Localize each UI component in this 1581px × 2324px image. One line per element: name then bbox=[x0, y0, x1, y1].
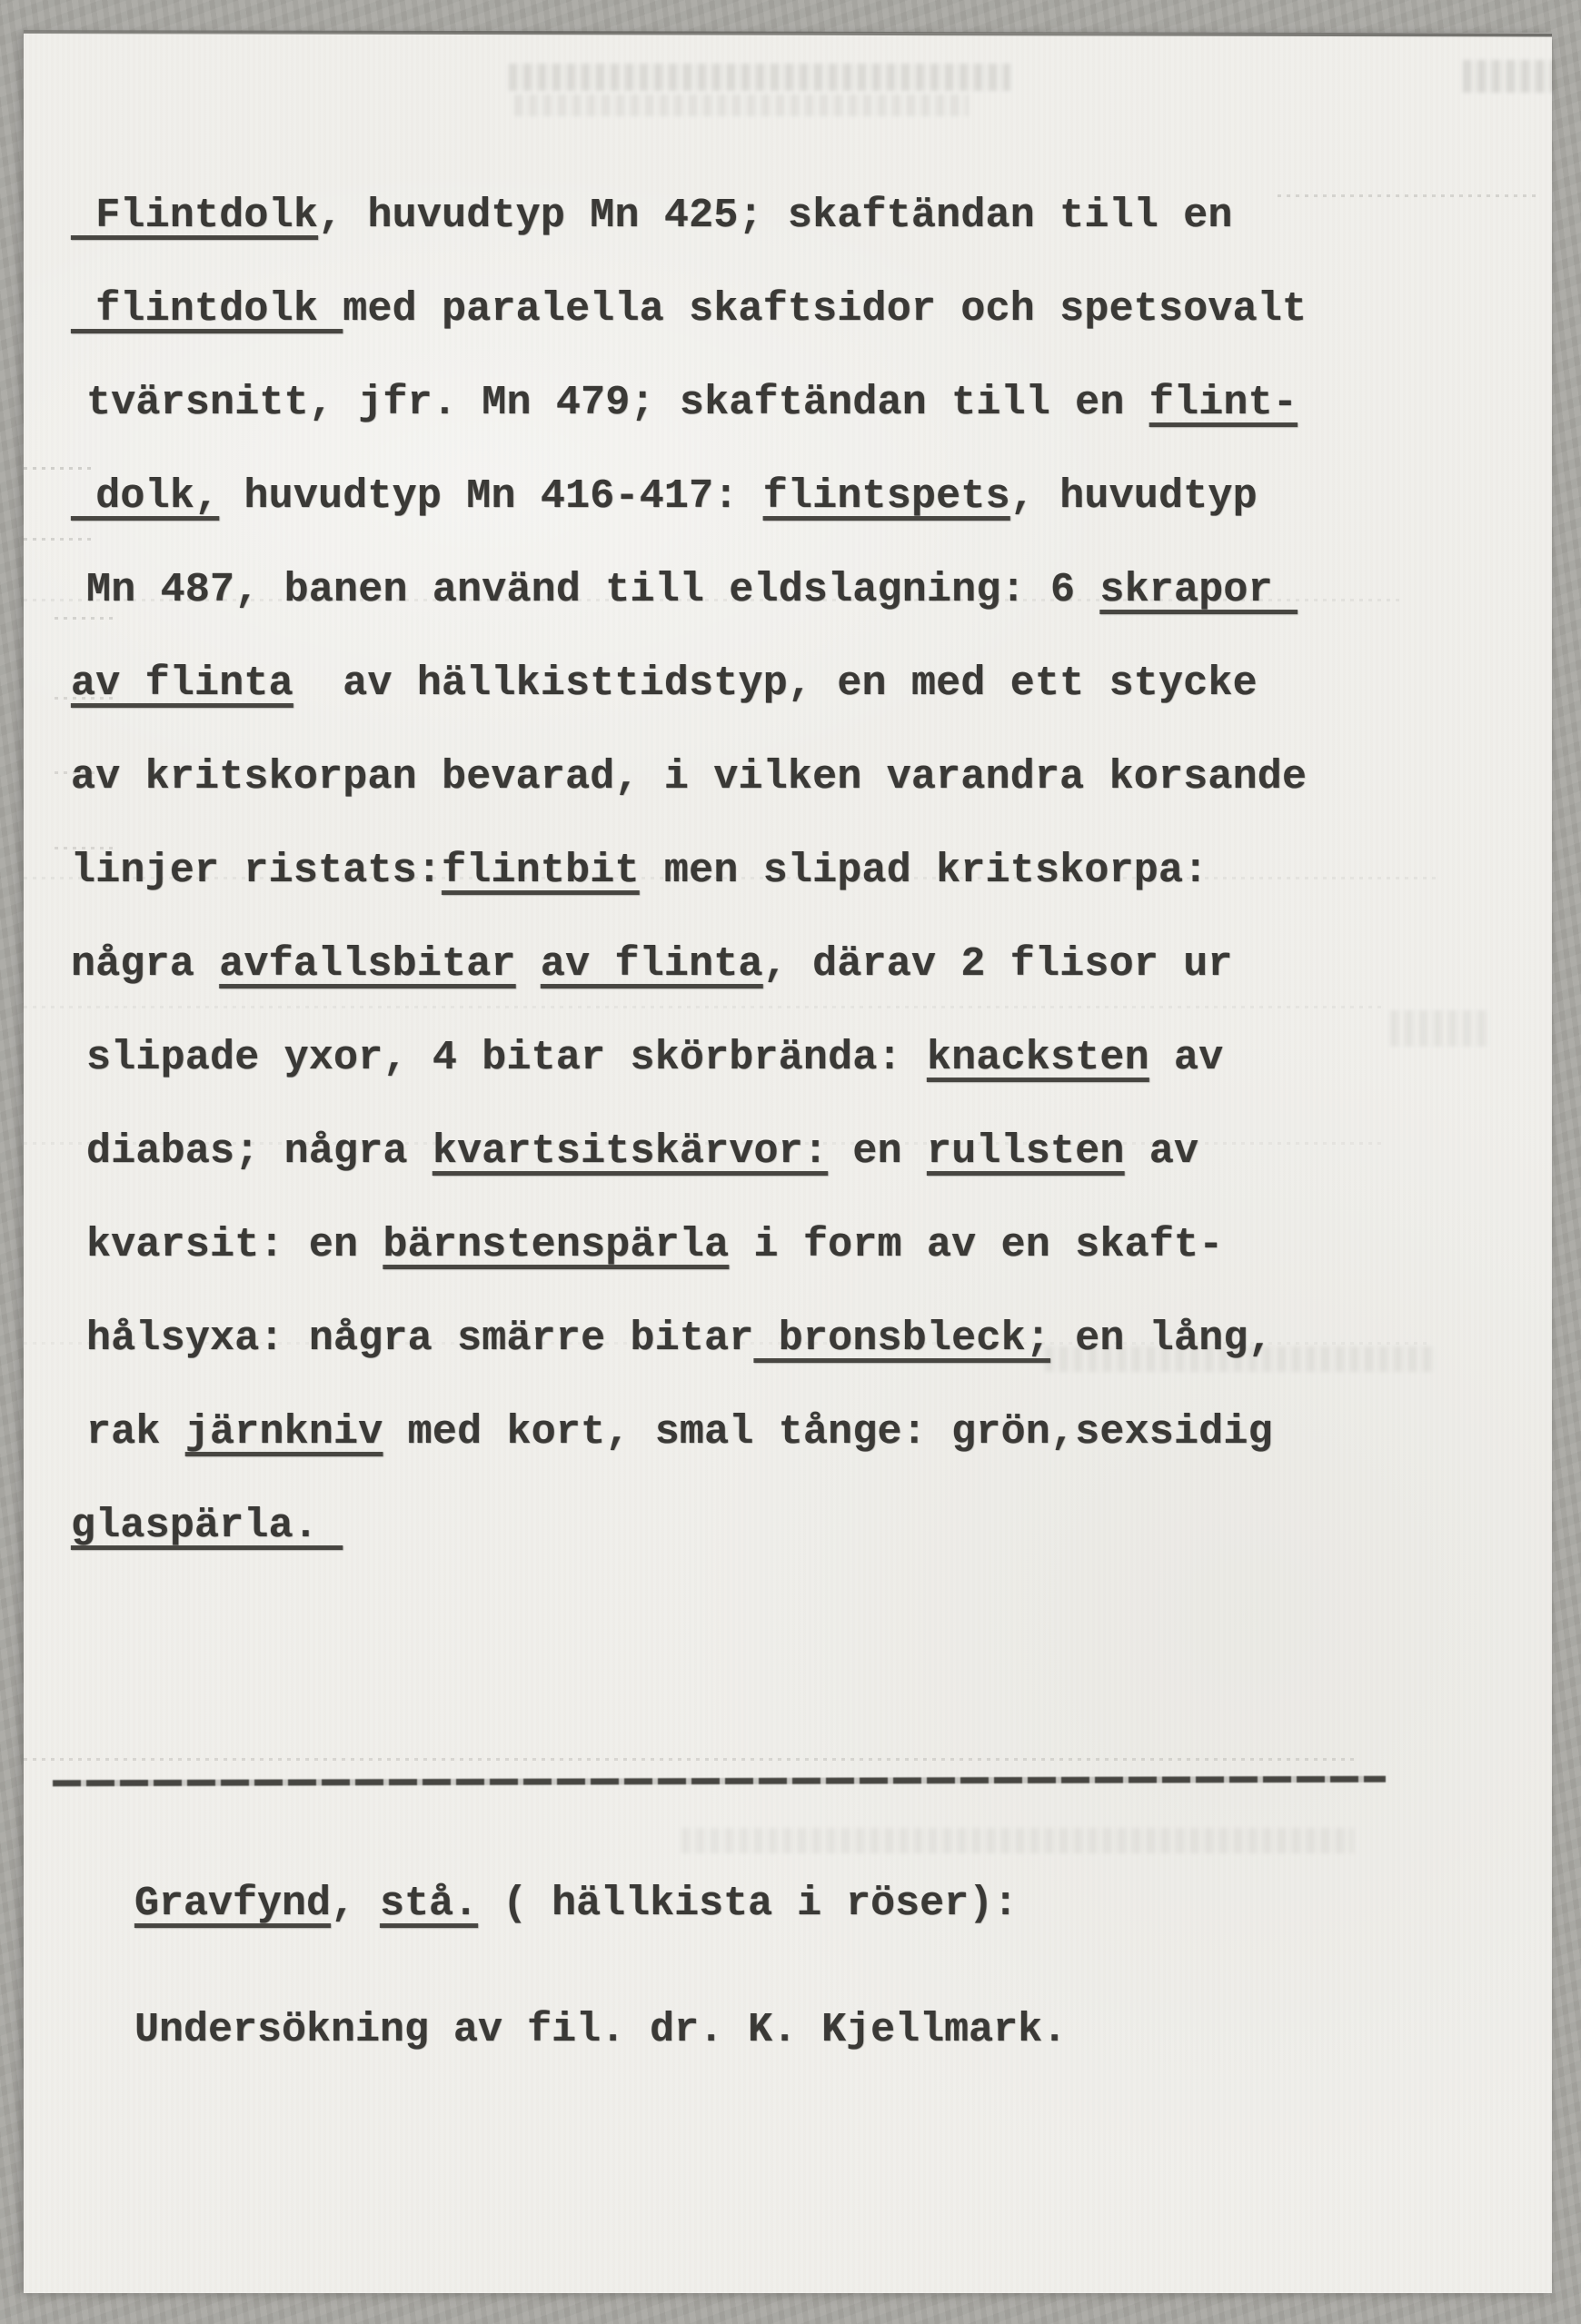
underlined-term: flintspets bbox=[763, 473, 1010, 520]
ghost-smudge bbox=[509, 64, 1010, 91]
ghost-smudge bbox=[681, 1828, 1354, 1853]
underlined-term: bärnstenspärla bbox=[383, 1222, 729, 1268]
underlined-term: dolk, bbox=[71, 473, 219, 520]
text-segment: diabas; några bbox=[86, 1128, 433, 1175]
footer-line-2: Undersökning av fil. dr. K. Kjellmark. bbox=[134, 1983, 1497, 2077]
text-segment: kvarsit: en bbox=[86, 1222, 383, 1268]
main-text-block: Flintdolk, huvudtyp Mn 425; skaftändan t… bbox=[71, 169, 1488, 1573]
underlined-term: kvartsitskärvor: bbox=[433, 1128, 828, 1175]
text-segment: med paralella skaftsidor och spetsovalt bbox=[343, 286, 1307, 333]
body-line-4: dolk, huvudtyp Mn 416-417: flintspets, h… bbox=[71, 450, 1488, 543]
body-line-12: kvarsit: en bärnstenspärla i form av en … bbox=[71, 1198, 1488, 1292]
text-segment: ( hällkista i röser): bbox=[478, 1881, 1018, 1927]
underlined-term: Gravfynd bbox=[134, 1881, 331, 1927]
body-line-13: hålsyxa: några smärre bitar bronsbleck; … bbox=[71, 1292, 1488, 1385]
underlined-term: flintdolk bbox=[71, 286, 343, 333]
body-line-2: flintdolk med paralella skaftsidor och s… bbox=[71, 263, 1488, 356]
text-segment: , bbox=[331, 1881, 380, 1927]
underlined-term: av flinta bbox=[71, 660, 293, 707]
underlined-term: avfallsbitar bbox=[219, 941, 515, 988]
ghost-rule bbox=[24, 1758, 1359, 1761]
ghost-smudge bbox=[1463, 60, 1554, 93]
ghost-smudge bbox=[514, 94, 969, 116]
text-segment: rak bbox=[86, 1409, 185, 1455]
underlined-term: glaspärla. bbox=[71, 1503, 343, 1549]
text-segment: några bbox=[71, 941, 219, 988]
body-line-6: av flinta av hällkisttidstyp, en med ett… bbox=[71, 637, 1488, 730]
dashed-separator-line bbox=[53, 1776, 1386, 1787]
body-line-14: rak järnkniv med kort, smal tånge: grön,… bbox=[71, 1385, 1488, 1479]
body-line-15: glaspärla. bbox=[71, 1479, 1488, 1573]
underlined-term: bronsbleck; bbox=[754, 1316, 1050, 1362]
underlined-term: Flintdolk bbox=[71, 193, 318, 239]
text-segment: linjer ristats: bbox=[71, 848, 442, 894]
text-segment: med kort, smal tånge: grön,sexsidig bbox=[383, 1409, 1272, 1455]
text-segment: av kritskorpan bevarad, i vilken varandr… bbox=[71, 754, 1307, 800]
text-segment: hålsyxa: några smärre bitar bbox=[86, 1316, 754, 1362]
footer-line-1: Gravfynd, stå. ( hällkista i röser): bbox=[134, 1857, 1497, 1951]
text-segment: av bbox=[1125, 1128, 1199, 1175]
body-line-9: några avfallsbitar av flinta, därav 2 fl… bbox=[71, 918, 1488, 1011]
body-line-5: Mn 487, banen använd till eldslagning: 6… bbox=[71, 543, 1488, 637]
text-segment: av hällkisttidstyp, en med ett stycke bbox=[293, 660, 1258, 707]
underlined-term: knacksten bbox=[927, 1035, 1149, 1081]
paper-sheet: Flintdolk, huvudtyp Mn 425; skaftändan t… bbox=[24, 33, 1552, 2293]
text-segment: i form av en skaft- bbox=[729, 1222, 1223, 1268]
text-segment: , huvudtyp Mn 425; skaftändan till en bbox=[318, 193, 1233, 239]
text-segment: , därav 2 flisor ur bbox=[763, 941, 1233, 988]
footer-text-block: Gravfynd, stå. ( hällkista i röser):Unde… bbox=[134, 1857, 1497, 2110]
underlined-term: stå. bbox=[380, 1881, 478, 1927]
text-segment bbox=[516, 941, 541, 988]
scanned-document-page: { "colors": { "scanner_background": "#a8… bbox=[0, 0, 1581, 2324]
underlined-term: skrapor bbox=[1099, 567, 1298, 613]
underlined-term: flintbit bbox=[442, 848, 640, 894]
body-line-8: linjer ristats:flintbit men slipad krits… bbox=[71, 824, 1488, 918]
underlined-term: av flinta bbox=[541, 941, 763, 988]
body-line-11: diabas; några kvartsitskärvor: en rullst… bbox=[71, 1105, 1488, 1198]
underlined-term: järnkniv bbox=[185, 1409, 383, 1455]
paper-top-edge bbox=[24, 30, 1552, 37]
text-segment: av bbox=[1149, 1035, 1224, 1081]
body-line-1: Flintdolk, huvudtyp Mn 425; skaftändan t… bbox=[71, 169, 1488, 263]
body-line-7: av kritskorpan bevarad, i vilken varandr… bbox=[71, 730, 1488, 824]
text-segment: , huvudtyp bbox=[1010, 473, 1258, 520]
body-line-10: slipade yxor, 4 bitar skörbrända: knacks… bbox=[71, 1011, 1488, 1105]
text-segment: slipade yxor, 4 bitar skörbrända: bbox=[86, 1035, 927, 1081]
text-segment: en bbox=[828, 1128, 927, 1175]
underlined-term: rullsten bbox=[927, 1128, 1125, 1175]
text-segment: men slipad kritskorpa: bbox=[640, 848, 1208, 894]
text-segment: huvudtyp Mn 416-417: bbox=[219, 473, 763, 520]
text-segment: tvärsnitt, jfr. Mn 479; skaftändan till … bbox=[86, 380, 1149, 426]
text-segment: Mn 487, banen använd till eldslagning: 6 bbox=[86, 567, 1099, 613]
body-line-3: tvärsnitt, jfr. Mn 479; skaftändan till … bbox=[71, 356, 1488, 450]
underlined-term: flint- bbox=[1149, 380, 1298, 426]
text-segment: Undersökning av fil. dr. K. Kjellmark. bbox=[134, 2007, 1067, 2053]
text-segment: en lång, bbox=[1050, 1316, 1273, 1362]
